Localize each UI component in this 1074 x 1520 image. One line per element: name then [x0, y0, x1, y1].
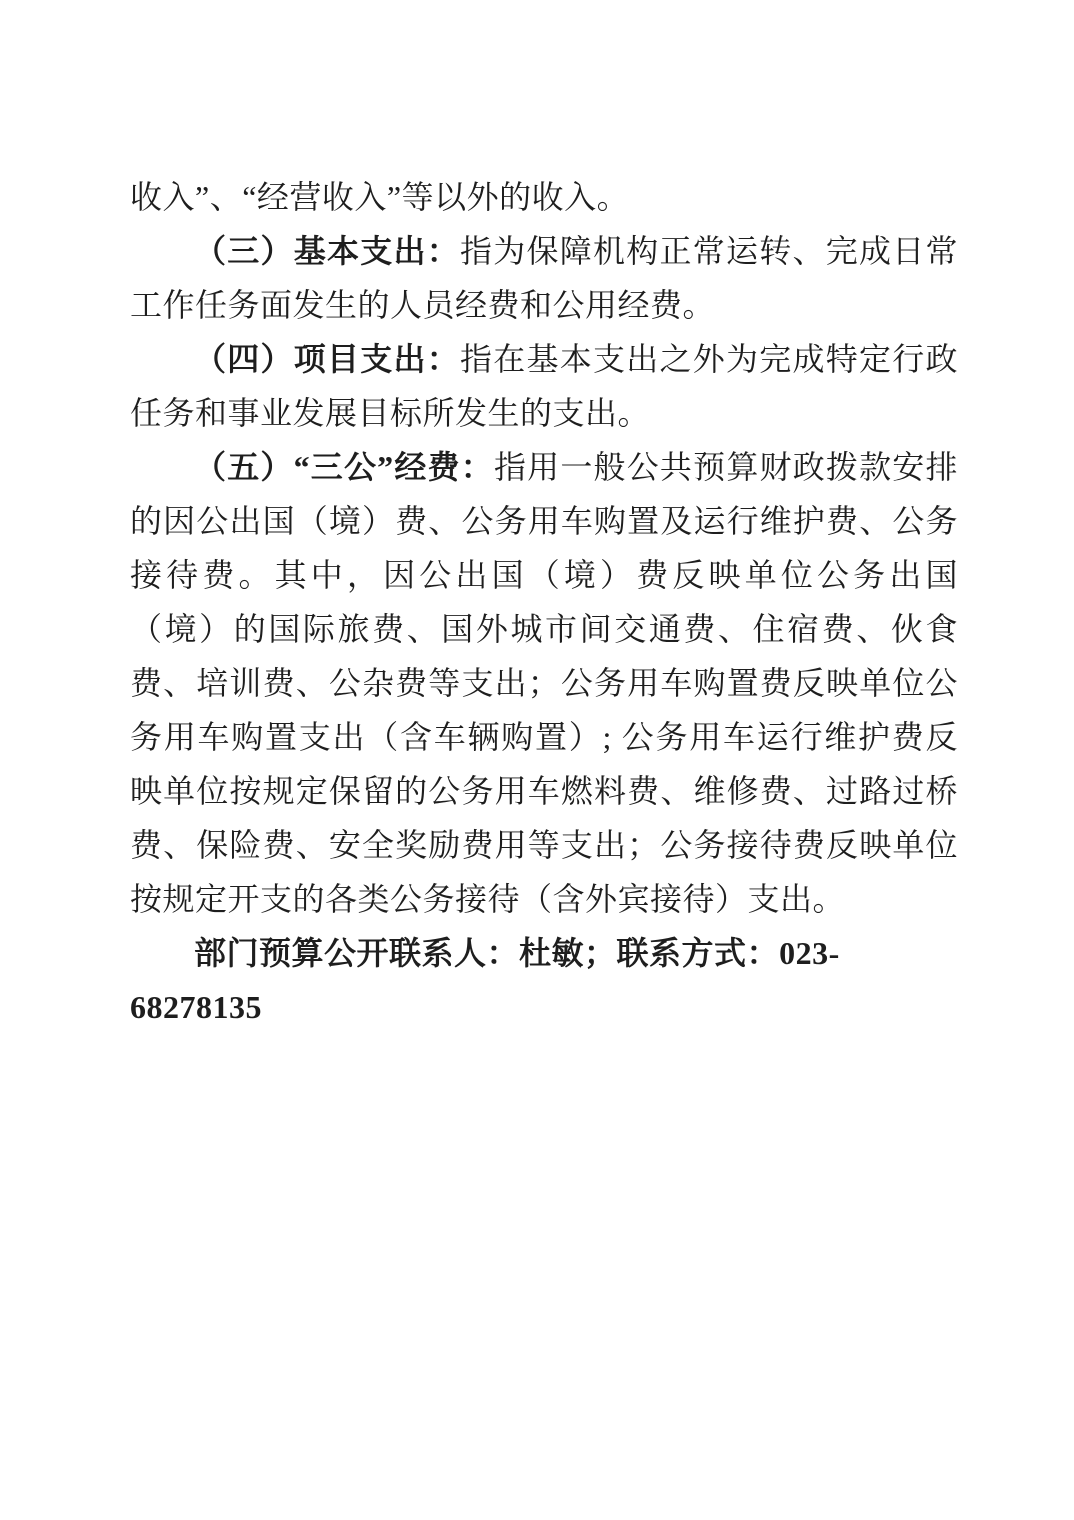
body-paragraph: （五）“三公”经费：指用一般公共预算财政拨款安排的因公出国（境）费、公务用车购置… — [130, 440, 958, 926]
contact-line: 部门预算公开联系人：杜敏；联系方式：023-68278135 — [130, 926, 958, 1034]
paragraph-lead: （五）“三公”经费： — [194, 449, 494, 485]
contact-name: 杜敏 — [519, 935, 584, 971]
paragraph-text: 收入”、“经营收入”等以外的收入。 — [130, 179, 629, 215]
contact-separator: ； — [584, 935, 617, 971]
contact-method-label: 联系方式： — [617, 935, 780, 971]
body-paragraph: （四）项目支出：指在基本支出之外为完成特定行政任务和事业发展目标所发生的支出。 — [130, 332, 958, 440]
body-paragraph: 收入”、“经营收入”等以外的收入。 — [130, 170, 958, 224]
document-page: 收入”、“经营收入”等以外的收入。 （三）基本支出：指为保障机构正常运转、完成日… — [0, 0, 1074, 1520]
paragraph-text: 指用一般公共预算财政拨款安排的因公出国（境）费、公务用车购置及运行维护费、公务接… — [130, 449, 958, 917]
contact-label: 部门预算公开联系人： — [194, 935, 519, 971]
document-content: 收入”、“经营收入”等以外的收入。 （三）基本支出：指为保障机构正常运转、完成日… — [130, 170, 958, 1034]
body-paragraph: （三）基本支出：指为保障机构正常运转、完成日常工作任务面发生的人员经费和公用经费… — [130, 224, 958, 332]
paragraph-lead: （三）基本支出： — [194, 233, 460, 269]
paragraph-lead: （四）项目支出： — [194, 341, 460, 377]
